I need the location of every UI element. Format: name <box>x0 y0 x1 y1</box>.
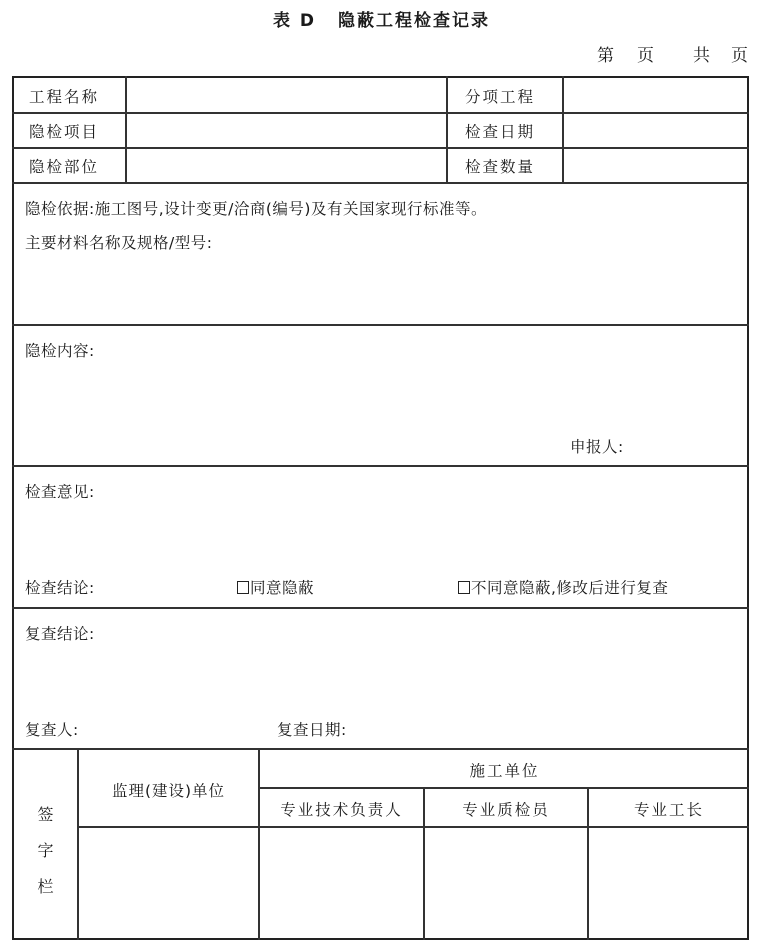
section-divider <box>12 324 749 326</box>
rechecker-label: 复查人: <box>25 718 79 740</box>
title-text: 隐蔽工程检查记录 <box>338 11 490 31</box>
row-divider <box>12 182 749 184</box>
content-field[interactable] <box>25 362 740 430</box>
disagree-option-label: 不同意隐蔽,修改后进行复查 <box>471 579 668 597</box>
inspection-quantity-label: 检查数量 <box>465 155 535 177</box>
col-divider <box>446 76 448 182</box>
reporter-label: 申报人: <box>570 435 624 457</box>
section-divider <box>12 748 749 750</box>
opinion-field[interactable] <box>25 503 740 569</box>
opinion-label: 检查意见: <box>25 480 95 502</box>
agree-option-label: 同意隐蔽 <box>250 579 314 597</box>
disagree-checkbox[interactable] <box>458 581 470 594</box>
role-foreman-label: 专业工长 <box>589 798 749 820</box>
concealed-location-field[interactable] <box>127 149 445 181</box>
materials-label: 主要材料名称及规格/型号: <box>25 231 212 253</box>
agree-checkbox[interactable] <box>237 581 249 594</box>
disagree-option[interactable]: 不同意隐蔽,修改后进行复查 <box>458 576 668 598</box>
side-char: 字 <box>14 833 77 869</box>
concealed-item-field[interactable] <box>127 114 445 146</box>
foreman-signature-field[interactable] <box>589 828 748 938</box>
inspection-quantity-field[interactable] <box>564 149 748 181</box>
role-quality-inspector-label: 专业质检员 <box>425 798 587 820</box>
conclusion-label: 检查结论: <box>25 576 95 598</box>
construction-unit-label: 施工单位 <box>260 759 749 781</box>
concealed-item-label: 隐检项目 <box>29 120 99 142</box>
section-divider <box>12 465 749 467</box>
supervision-unit-label: 监理(建设)单位 <box>79 779 258 801</box>
materials-field[interactable] <box>25 255 740 319</box>
quality-inspector-signature-field[interactable] <box>425 828 586 938</box>
section-divider <box>12 607 749 609</box>
agree-option[interactable]: 同意隐蔽 <box>237 576 314 598</box>
row-divider <box>258 787 749 789</box>
project-name-field[interactable] <box>127 78 445 111</box>
total-prefix: 共 <box>693 41 711 66</box>
page-info: 第 页 共 页 <box>597 41 749 66</box>
recheck-conclusion-field[interactable] <box>25 645 740 711</box>
page-prefix: 第 <box>597 41 615 66</box>
supervision-signature-field[interactable] <box>79 828 257 938</box>
recheck-conclusion-label: 复查结论: <box>25 622 95 644</box>
project-name-label: 工程名称 <box>29 85 99 107</box>
side-char: 栏 <box>14 869 77 905</box>
title-code: 表 D <box>273 11 316 31</box>
role-tech-lead-label: 专业技术负责人 <box>260 798 423 820</box>
total-suffix: 页 <box>731 41 749 66</box>
tech-lead-signature-field[interactable] <box>260 828 422 938</box>
sub-project-label: 分项工程 <box>465 85 535 107</box>
signature-side-label: 签 字 栏 <box>14 797 77 905</box>
concealed-location-label: 隐检部位 <box>29 155 99 177</box>
content-label: 隐检内容: <box>25 339 95 361</box>
inspection-date-field[interactable] <box>564 114 748 146</box>
basis-text: 隐检依据:施工图号,设计变更/洽商(编号)及有关国家现行标准等。 <box>25 197 487 219</box>
inspection-date-label: 检查日期 <box>465 120 535 142</box>
document-title: 表 D隐蔽工程检查记录 <box>0 6 763 31</box>
side-char: 签 <box>14 797 77 833</box>
page-suffix: 页 <box>637 41 655 66</box>
sub-project-field[interactable] <box>564 78 748 111</box>
recheck-date-label: 复查日期: <box>277 718 347 740</box>
